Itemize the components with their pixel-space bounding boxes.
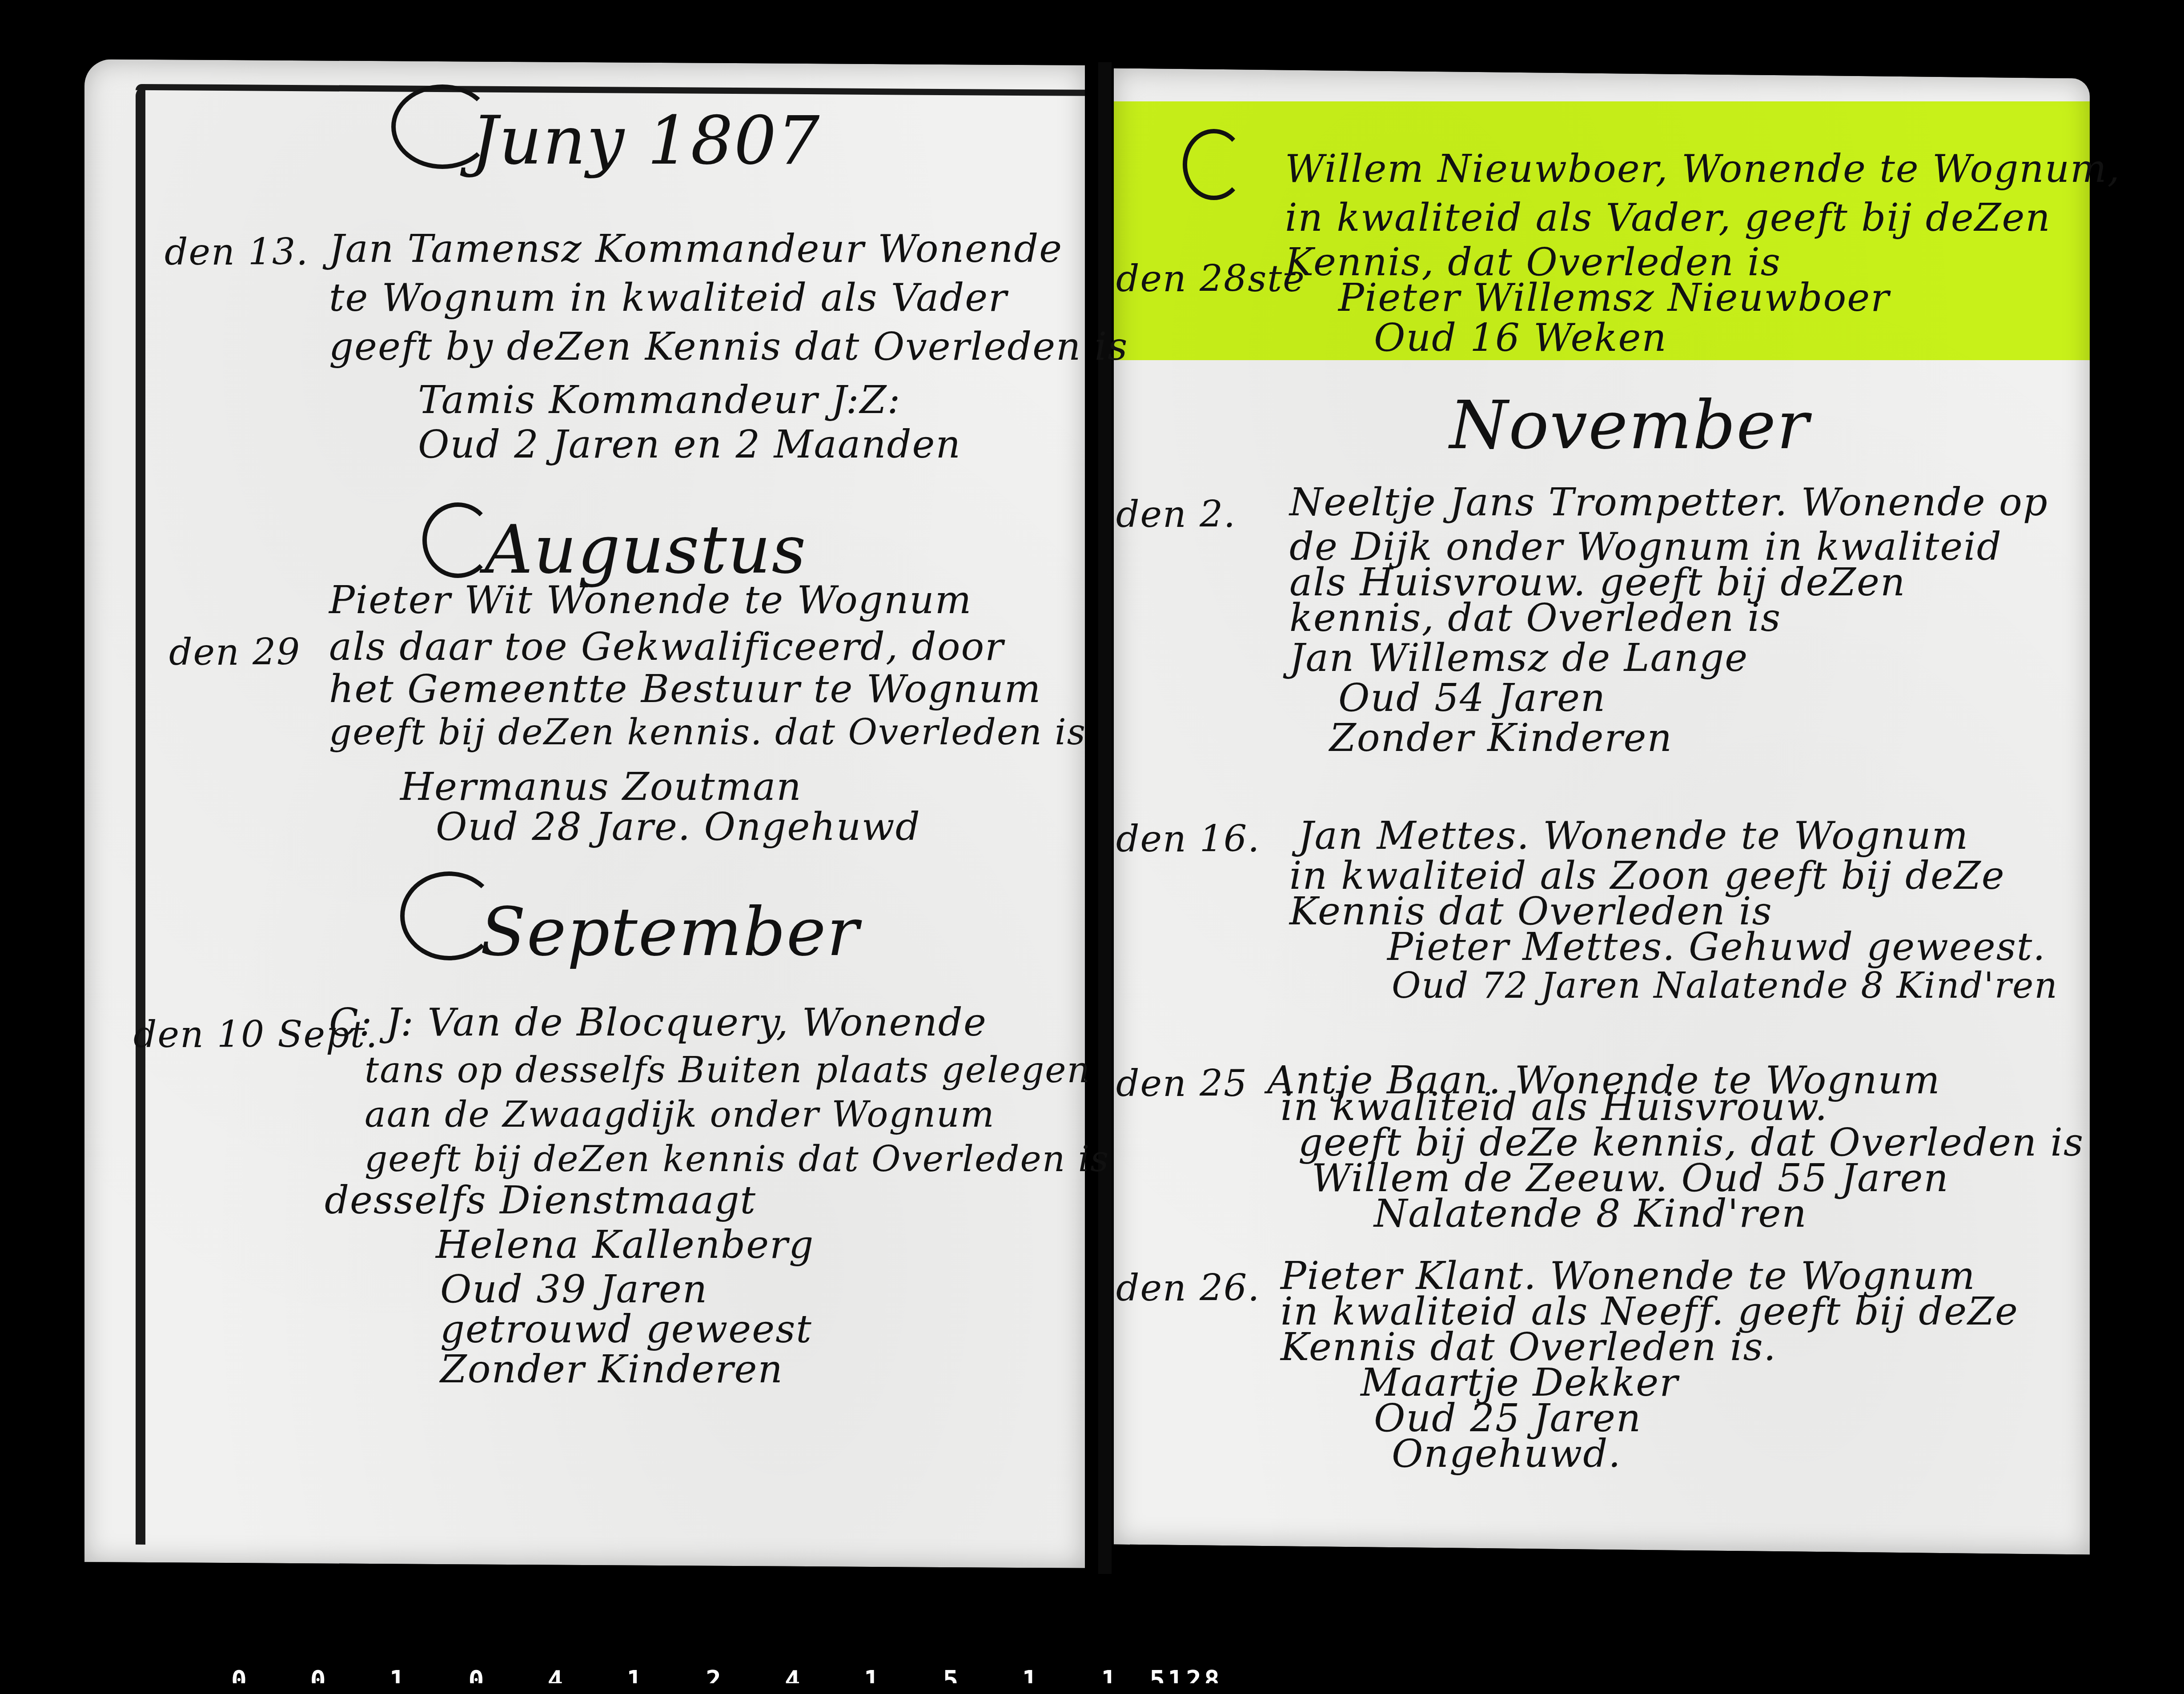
page-border-left (136, 86, 145, 1545)
deceased-name: Hermanus Zoutman (400, 765, 802, 809)
month-heading-juny: Juny 1807 (471, 102, 821, 180)
deceased-age: Oud 28 Jare. Ongehuwd (436, 805, 921, 849)
flourish-ornament (422, 502, 494, 578)
children-status: Nalatende 8 Kind'ren (1374, 1192, 1807, 1236)
entry-line: Jan Tamensz Kommandeur Wonende (329, 227, 1063, 271)
highlighted-deceased-age: Oud 16 Weken (1374, 316, 1667, 360)
entry-date: den 25 (1116, 1063, 1248, 1105)
entry-line: te Wognum in kwaliteid als Vader (329, 276, 1008, 320)
book-gutter (1098, 62, 1112, 1574)
microfilm-frame-marks: 0 0 1 0 4 1 2 4 1 5 1 15128 (231, 1665, 1222, 1694)
highlighted-entry-line: Willem Nieuwboer, Wonende te Wognum, (1285, 147, 2120, 191)
deceased-age: Oud 2 Jaren en 2 Maanden (418, 422, 961, 467)
highlighted-entry-line: in kwaliteid als Vader, geeft bij deZen (1285, 196, 2051, 240)
deceased-name: Tamis Kommandeur J:Z: (418, 378, 901, 422)
frame-number: 5128 (1149, 1665, 1222, 1694)
entry-date: den 16. (1116, 818, 1260, 860)
entry-line: C: J: Van de Blocquery, Wonende (329, 1000, 987, 1045)
frame-marks: 0 0 1 0 4 1 2 4 1 5 1 1 (231, 1665, 1140, 1694)
scanned-register-spread: Juny 1807 den 13. Jan Tamensz Kommandeur… (0, 0, 2184, 1694)
children-status: Zonder Kinderen (1329, 716, 1673, 760)
entry-line: aan de Zwaagdijk onder Wognum (365, 1094, 995, 1135)
entry-line: kennis, dat Overleden is (1289, 596, 1781, 640)
entry-line: tans op desselfs Buiten plaats gelegen (365, 1049, 1091, 1091)
entry-date: den 29 (169, 631, 301, 674)
deceased-name: Pieter Mettes. Gehuwd geweest. (1387, 925, 2046, 969)
entry-line: Neeltje Jans Trompetter. Wonende op (1289, 480, 2048, 525)
entry-date: den 2. (1116, 494, 1236, 536)
entry-line: geeft bij deZen kennis. dat Overleden is (329, 711, 1086, 753)
entry-line: als daar toe Gekwalificeerd, door (329, 625, 1004, 669)
highlighted-entry-date: den 28ste (1116, 258, 1305, 300)
marital-status: Ongehuwd. (1392, 1432, 1622, 1476)
deceased-name: Helena Kallenberg (436, 1223, 814, 1267)
deceased-name: Jan Willemsz de Lange (1289, 636, 1748, 680)
entry-line: het Gemeentte Bestuur te Wognum (329, 667, 1041, 711)
entry-line: desselfs Dienstmaagt (325, 1178, 756, 1223)
deceased-age: Oud 54 Jaren (1338, 676, 1606, 720)
highlighted-deceased-name: Pieter Willemsz Nieuwboer (1338, 276, 1890, 320)
entry-line: geeft bij deZen kennis dat Overleden is (365, 1138, 1109, 1180)
month-heading-november: November (1449, 387, 1810, 464)
month-heading-augustus: Augustus (485, 511, 807, 589)
deceased-age: Oud 72 Jaren Nalatende 8 Kind'ren (1392, 965, 2058, 1006)
entry-line: geeft by deZen Kennis dat Overleden is (329, 325, 1128, 369)
month-heading-september: September (480, 894, 859, 971)
entry-date: den 13. (165, 231, 309, 273)
page-border-top (136, 84, 1085, 96)
flourish-ornament (1183, 129, 1245, 200)
entry-line: Pieter Wit Wonende te Wognum (329, 578, 972, 622)
marital-status: getrouwd geweest (440, 1307, 812, 1352)
entry-line: Jan Mettes. Wonende te Wognum (1298, 814, 1969, 858)
entry-date: den 26. (1116, 1267, 1260, 1309)
deceased-age: Oud 39 Jaren (440, 1267, 708, 1312)
children-status: Zonder Kinderen (440, 1347, 783, 1392)
